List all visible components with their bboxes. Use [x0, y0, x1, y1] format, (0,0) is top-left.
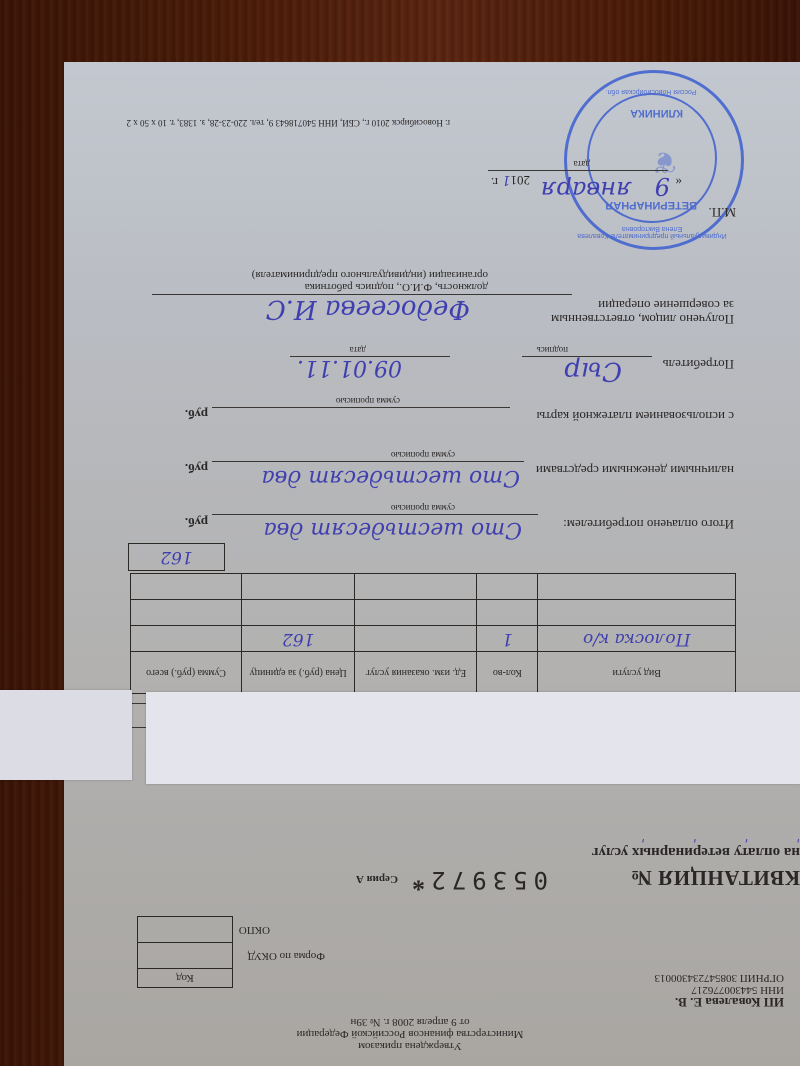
stamp-date-day[interactable]: 9 — [655, 172, 670, 200]
cell-unit[interactable] — [355, 574, 477, 600]
receipt-number: 053972 — [425, 866, 548, 894]
cell-sum[interactable] — [131, 600, 242, 626]
okpo-label: ОКПО — [239, 924, 270, 936]
cell-service[interactable] — [538, 574, 736, 600]
issuer-ogrnip: ОГРНИП 308547234300013 — [654, 972, 784, 984]
stamp-outer-text: Индивидуальный предприниматель Ковалева … — [577, 225, 727, 239]
stamp-date-year: 2011 — [502, 172, 530, 188]
stamp-date-year-prefix: 201 — [511, 173, 531, 188]
codes-header-cell: Код — [137, 968, 233, 988]
col-total: Сумма (руб.) всего — [131, 652, 242, 694]
approval-block: Утверждена приказом Министерства финансо… — [260, 1016, 560, 1052]
stamp-date-year-end: г. — [491, 174, 498, 190]
receipt-title-label: КВИТАНЦИЯ № — [630, 866, 800, 890]
card-caption: сумма прописью — [336, 396, 400, 406]
total-paid-underline — [212, 514, 538, 515]
cash-caption: сумма прописью — [391, 450, 455, 460]
receipt-series: Серия А — [356, 873, 398, 885]
table-row — [131, 574, 736, 600]
stamp-middle-text-2: КЛИНИКА — [630, 107, 683, 119]
receipt-paper: Утверждена приказом Министерства финансо… — [64, 62, 800, 1066]
services-table-header: Вид услуги Кол-во Ед. изм. оказания услу… — [131, 652, 736, 694]
consumer-signature[interactable]: Сыр — [564, 356, 622, 386]
receiver-label-line-1: Получено лицом, ответственным — [551, 312, 734, 326]
table-row: Полоска к/о 1 162 — [131, 626, 736, 652]
total-paid-value[interactable]: Сто шестьдесят два — [263, 517, 522, 542]
cell-quantity[interactable]: 1 — [477, 626, 538, 652]
okud-label: Форма по ОКУД — [248, 950, 325, 962]
consumer-date[interactable]: 09.01.11. — [297, 355, 402, 380]
cash-value[interactable]: Сто шестьдесят два — [261, 465, 520, 490]
cell-sum[interactable] — [131, 574, 242, 600]
white-paper-strip — [146, 692, 800, 784]
printer-footer: г. Новосибирск 2010 г., СБИ, ИНН 5407186… — [127, 118, 450, 128]
stamp-date-underline — [488, 170, 668, 171]
receipt-title: КВИТАНЦИЯ № — [630, 865, 800, 890]
issuer-block: ИП Ковалева Е. В. ИНН 544300776217 ОГРНИ… — [654, 972, 784, 1008]
cell-sum[interactable] — [131, 626, 242, 652]
receiver-caption-line-2: организации (индивидуального предпринима… — [252, 269, 488, 281]
approval-line-2: Министерства финансов Российской Федерац… — [260, 1028, 560, 1040]
handwriting-fragment: ꞌ ꞌ ꞌ ꞌ — [619, 829, 800, 844]
issuer-name: ИП Ковалева Е. В. — [654, 996, 784, 1008]
receipt-photo-rotated: Утверждена приказом Министерства финансо… — [0, 0, 800, 1066]
stamp-bottom-text: Россия Новосибирская обл. — [581, 88, 721, 95]
receipt-subtitle: на оплату ветеринарных услуг — [592, 843, 800, 860]
table-total-cell: 162 — [128, 543, 225, 571]
cell-price[interactable] — [242, 574, 355, 600]
consumer-label: Потребитель — [663, 356, 734, 372]
col-unit: Ед. изм. оказания услуг — [355, 652, 477, 694]
cell-unit[interactable] — [355, 626, 477, 652]
card-label: с использованием платежной карты — [536, 408, 734, 424]
white-paper-strip-fold — [0, 690, 132, 780]
stamp-date-year-suffix[interactable]: 1 — [502, 172, 510, 187]
date-caption: дата — [350, 345, 366, 355]
okud-value-cell — [137, 942, 233, 969]
card-rub: руб. — [185, 406, 208, 422]
receiver-caption-line-1: должность, Ф.И.О., подпись работника — [252, 281, 488, 293]
asterisk: * — [412, 866, 425, 896]
issuer-inn: ИНН 544300776217 — [654, 984, 784, 996]
total-paid-rub: руб. — [185, 514, 208, 530]
cell-price[interactable]: 162 — [242, 626, 355, 652]
approval-line-3: от 9 апреля 2008 г. № 39н — [260, 1016, 560, 1028]
signature-caption: подпись — [537, 345, 568, 355]
services-table: Вид услуги Кол-во Ед. изм. оказания услу… — [130, 573, 736, 694]
table-total-value[interactable]: 162 — [160, 547, 192, 567]
cell-unit[interactable] — [355, 600, 477, 626]
receiver-value[interactable]: Федосеева И.С — [266, 294, 470, 324]
stamp-date-month[interactable]: января — [541, 176, 632, 204]
cell-service[interactable]: Полоска к/о — [538, 626, 736, 652]
okpo-value-cell — [137, 916, 233, 943]
cash-rub: руб. — [185, 460, 208, 476]
cell-price[interactable] — [242, 600, 355, 626]
cash-underline — [212, 461, 524, 462]
total-paid-caption: сумма прописью — [391, 503, 455, 513]
total-paid-label: Итого оплачено потребителем: — [563, 516, 734, 532]
cell-quantity[interactable] — [477, 574, 538, 600]
stamp-date-caption: дата — [574, 159, 590, 169]
cell-quantity[interactable] — [477, 600, 538, 626]
col-service-type: Вид услуги — [538, 652, 736, 694]
card-underline — [212, 407, 510, 408]
approval-line-1: Утверждена приказом — [260, 1040, 560, 1052]
stamp-mp-label: М.П. — [709, 204, 736, 220]
col-unit-price: Цена (руб.) за единицу — [242, 652, 355, 694]
col-quantity: Кол-во — [477, 652, 538, 694]
cell-service[interactable] — [538, 600, 736, 626]
clinic-stamp: ВЕТЕРИНАРНАЯ КЛИНИКА Индивидуальный пред… — [564, 70, 744, 250]
table-row — [131, 600, 736, 626]
date-open-quote: « — [676, 174, 683, 190]
receiver-label: Получено лицом, ответственным за соверше… — [551, 298, 734, 326]
cash-label: наличными денежными средствами — [536, 462, 734, 478]
receiver-caption: должность, Ф.И.О., подпись работника орг… — [252, 269, 488, 293]
receiver-label-line-2: за совершение операции — [551, 298, 734, 312]
